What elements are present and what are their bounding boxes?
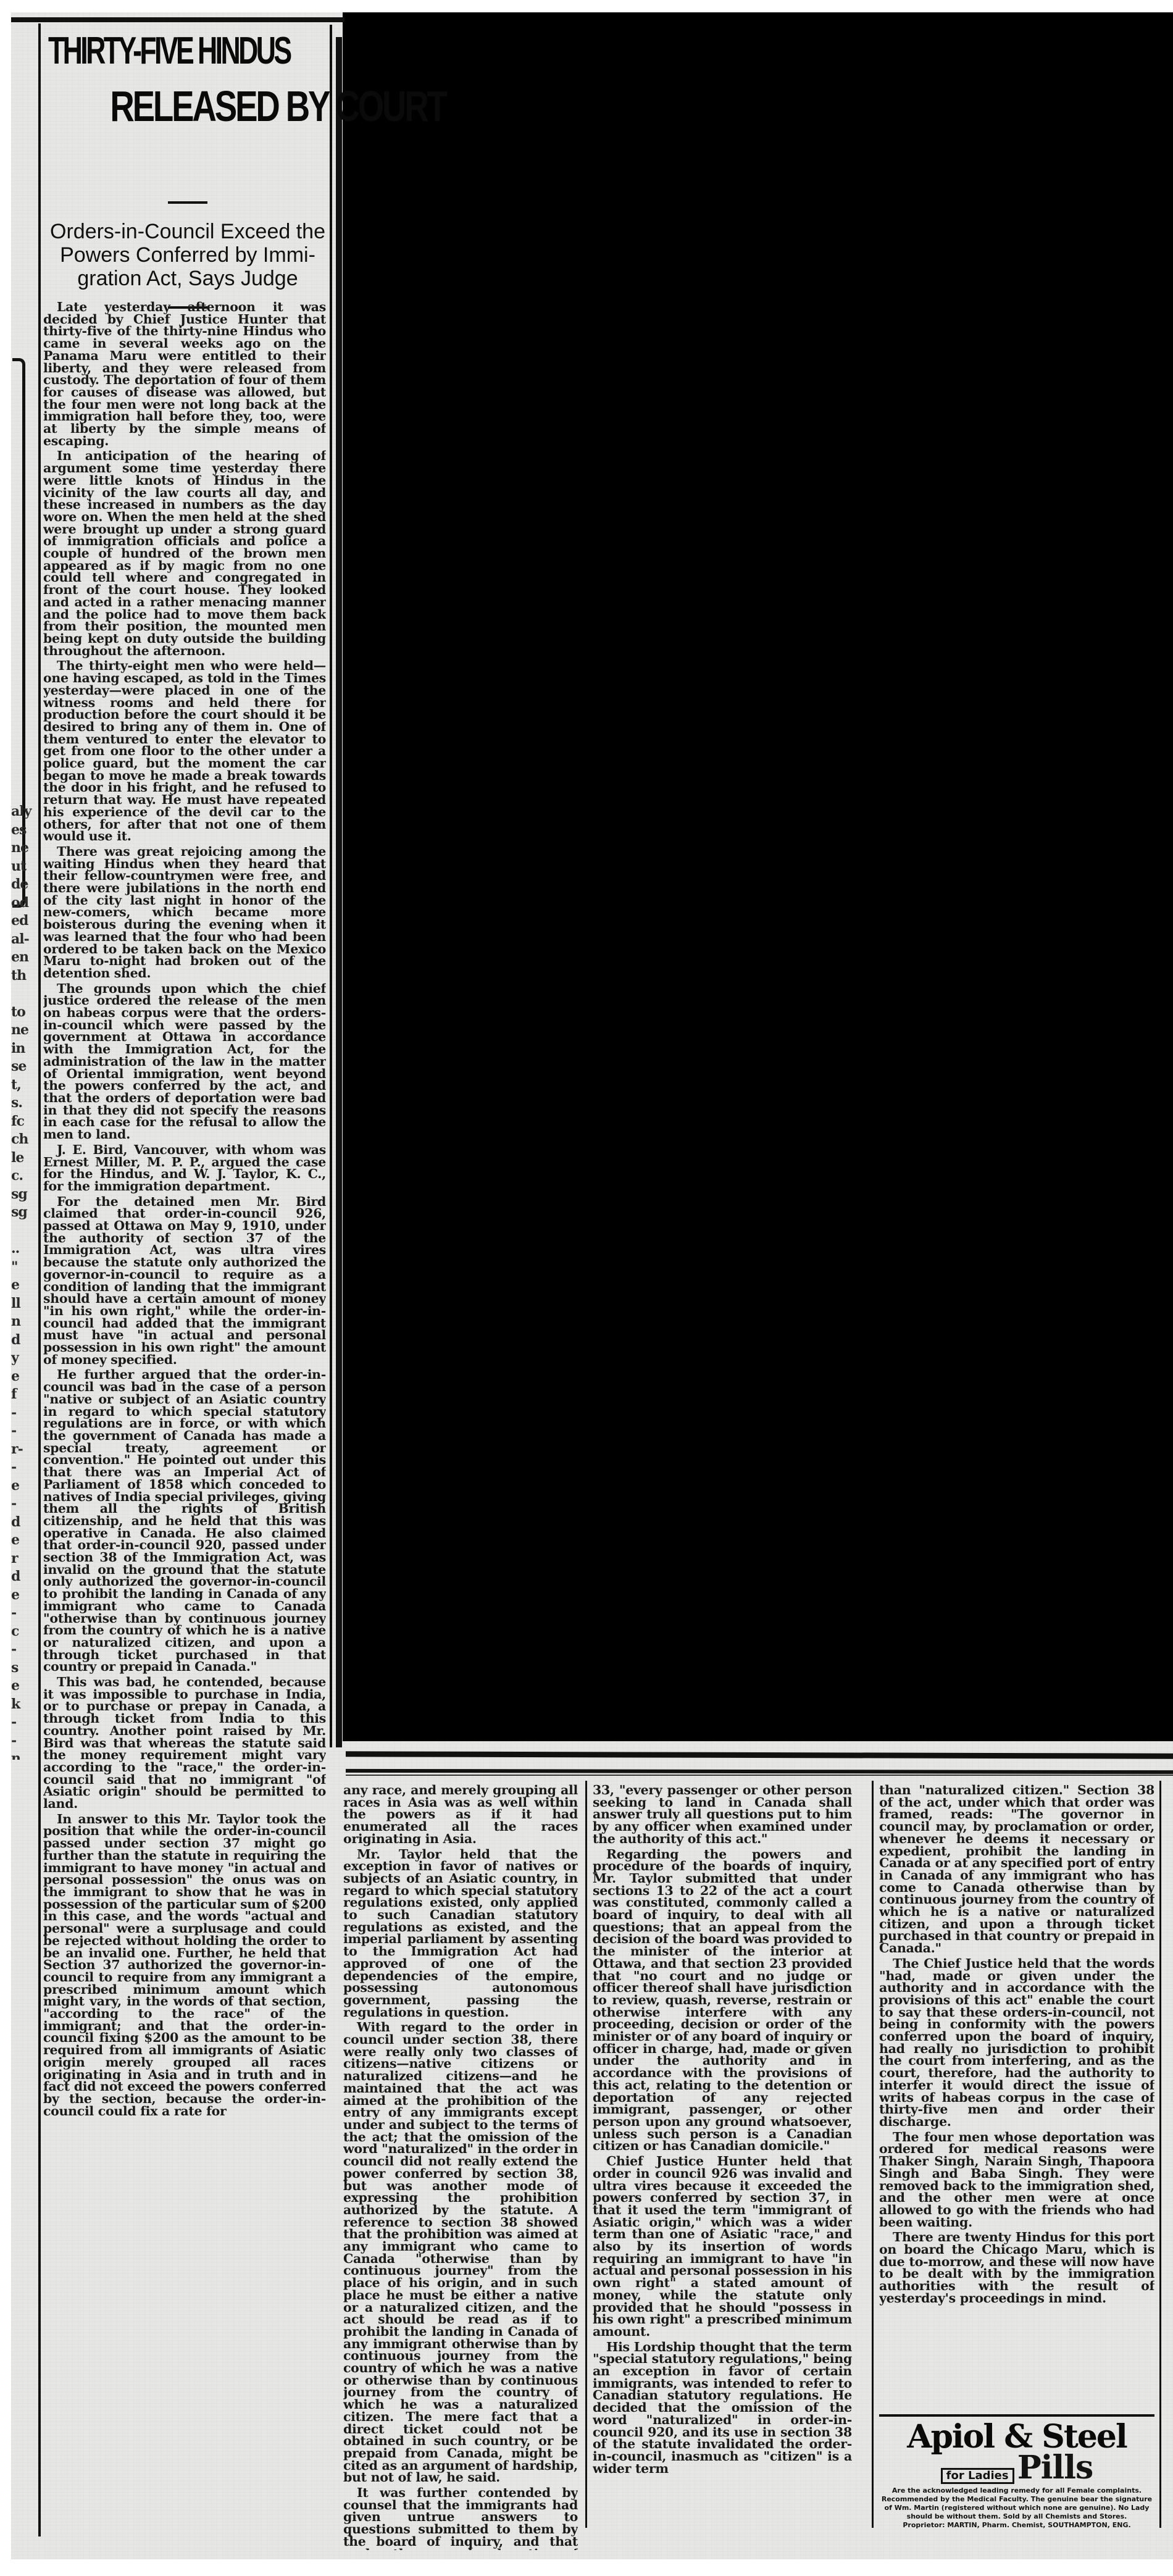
article-column-2: any race, and merely grouping all races …	[343, 1784, 578, 2550]
deck-line: gration Act, Says Judge	[47, 267, 328, 290]
ad-copy: Are the acknowledged leading remedy for …	[879, 2486, 1154, 2521]
article-paragraph: It was further contended by counsel that…	[343, 2487, 578, 2550]
advertisement: Apiol & Steel for Ladies Pills Are the a…	[879, 2422, 1154, 2545]
article-paragraph: J. E. Bird, Vancouver, with whom was Ern…	[43, 1144, 326, 1193]
ad-brand: Apiol & Steel	[879, 2422, 1154, 2453]
article-column-3: 33, "every passenger or other person see…	[593, 1784, 852, 2550]
top-rule	[11, 17, 344, 22]
column-rule	[1159, 1781, 1161, 2528]
redacted-region	[343, 12, 1173, 1741]
ad-subtitle: for Ladies	[941, 2468, 1014, 2484]
headline-dash	[168, 201, 207, 204]
article-paragraph: He further argued that the order-in-coun…	[43, 1369, 326, 1673]
article-paragraph: than "naturalized citizen." Section 38 o…	[879, 1784, 1154, 1955]
article-paragraph: His Lordship thought that the term "spec…	[593, 2341, 852, 2475]
article-paragraph: The Chief Justice held that the words "h…	[879, 1958, 1154, 2128]
article-column-4: than "naturalized citizen." Section 38 o…	[879, 1784, 1154, 2377]
article-paragraph: In anticipation of the hearing of argume…	[43, 450, 326, 657]
article-paragraph: Late yesterday afternoon it was decided …	[43, 301, 326, 447]
headline: Thirty-Five Hindus Released by Court	[48, 31, 330, 130]
section-rule-thin	[346, 1775, 1173, 1776]
article-column-1: Late yesterday afternoon it was decided …	[43, 301, 326, 2524]
deck-line: Powers Conferred by Immi-	[47, 243, 328, 267]
headline-line-1: Thirty-Five Hindus	[48, 31, 251, 72]
advertisement-rule	[879, 2414, 1154, 2417]
column-rule	[585, 1781, 587, 2528]
column-rule-heavy	[336, 37, 342, 1747]
article-paragraph: With regard to the order in council unde…	[343, 2022, 578, 2484]
article-paragraph: any race, and merely grouping all races …	[343, 1784, 578, 1846]
ad-proprietor: Proprietor: MARTIN, Pharm. Chemist, SOUT…	[879, 2521, 1154, 2530]
article-paragraph: Mr. Taylor held that the exception in fa…	[343, 1849, 578, 2019]
article-paragraph: 33, "every passenger or other person see…	[593, 1784, 852, 1846]
article-paragraph: Chief Justice Hunter held that order in …	[593, 2156, 852, 2338]
article-paragraph: The four men whose deportation was order…	[879, 2131, 1154, 2229]
column-rule	[872, 1781, 874, 2528]
article-paragraph: In answer to this Mr. Taylor took the po…	[43, 1813, 326, 2118]
deck-line: Orders-in-Council Exceed the	[47, 220, 328, 243]
article-paragraph: This was bad, he contended, because it w…	[43, 1676, 326, 1810]
ad-product: Pills	[1017, 2449, 1093, 2486]
article-paragraph: The grounds upon which the chief justice…	[43, 983, 326, 1141]
article-paragraph: There was great rejoicing among the wait…	[43, 846, 326, 980]
article-paragraph: There are twenty Hindus for this port on…	[879, 2231, 1154, 2304]
article-paragraph: The thirty-eight men who were held—one h…	[43, 660, 326, 843]
article-paragraph: For the detained men Mr. Bird claimed th…	[43, 1196, 326, 1366]
article-paragraph: Regarding the powers and procedure of th…	[593, 1849, 852, 2153]
headline-line-2: Released by Court	[110, 83, 330, 130]
column-rule	[330, 25, 332, 1747]
adjacent-column-fragments: aly es ne ut de od ed al- en th to ne in…	[11, 803, 36, 1760]
